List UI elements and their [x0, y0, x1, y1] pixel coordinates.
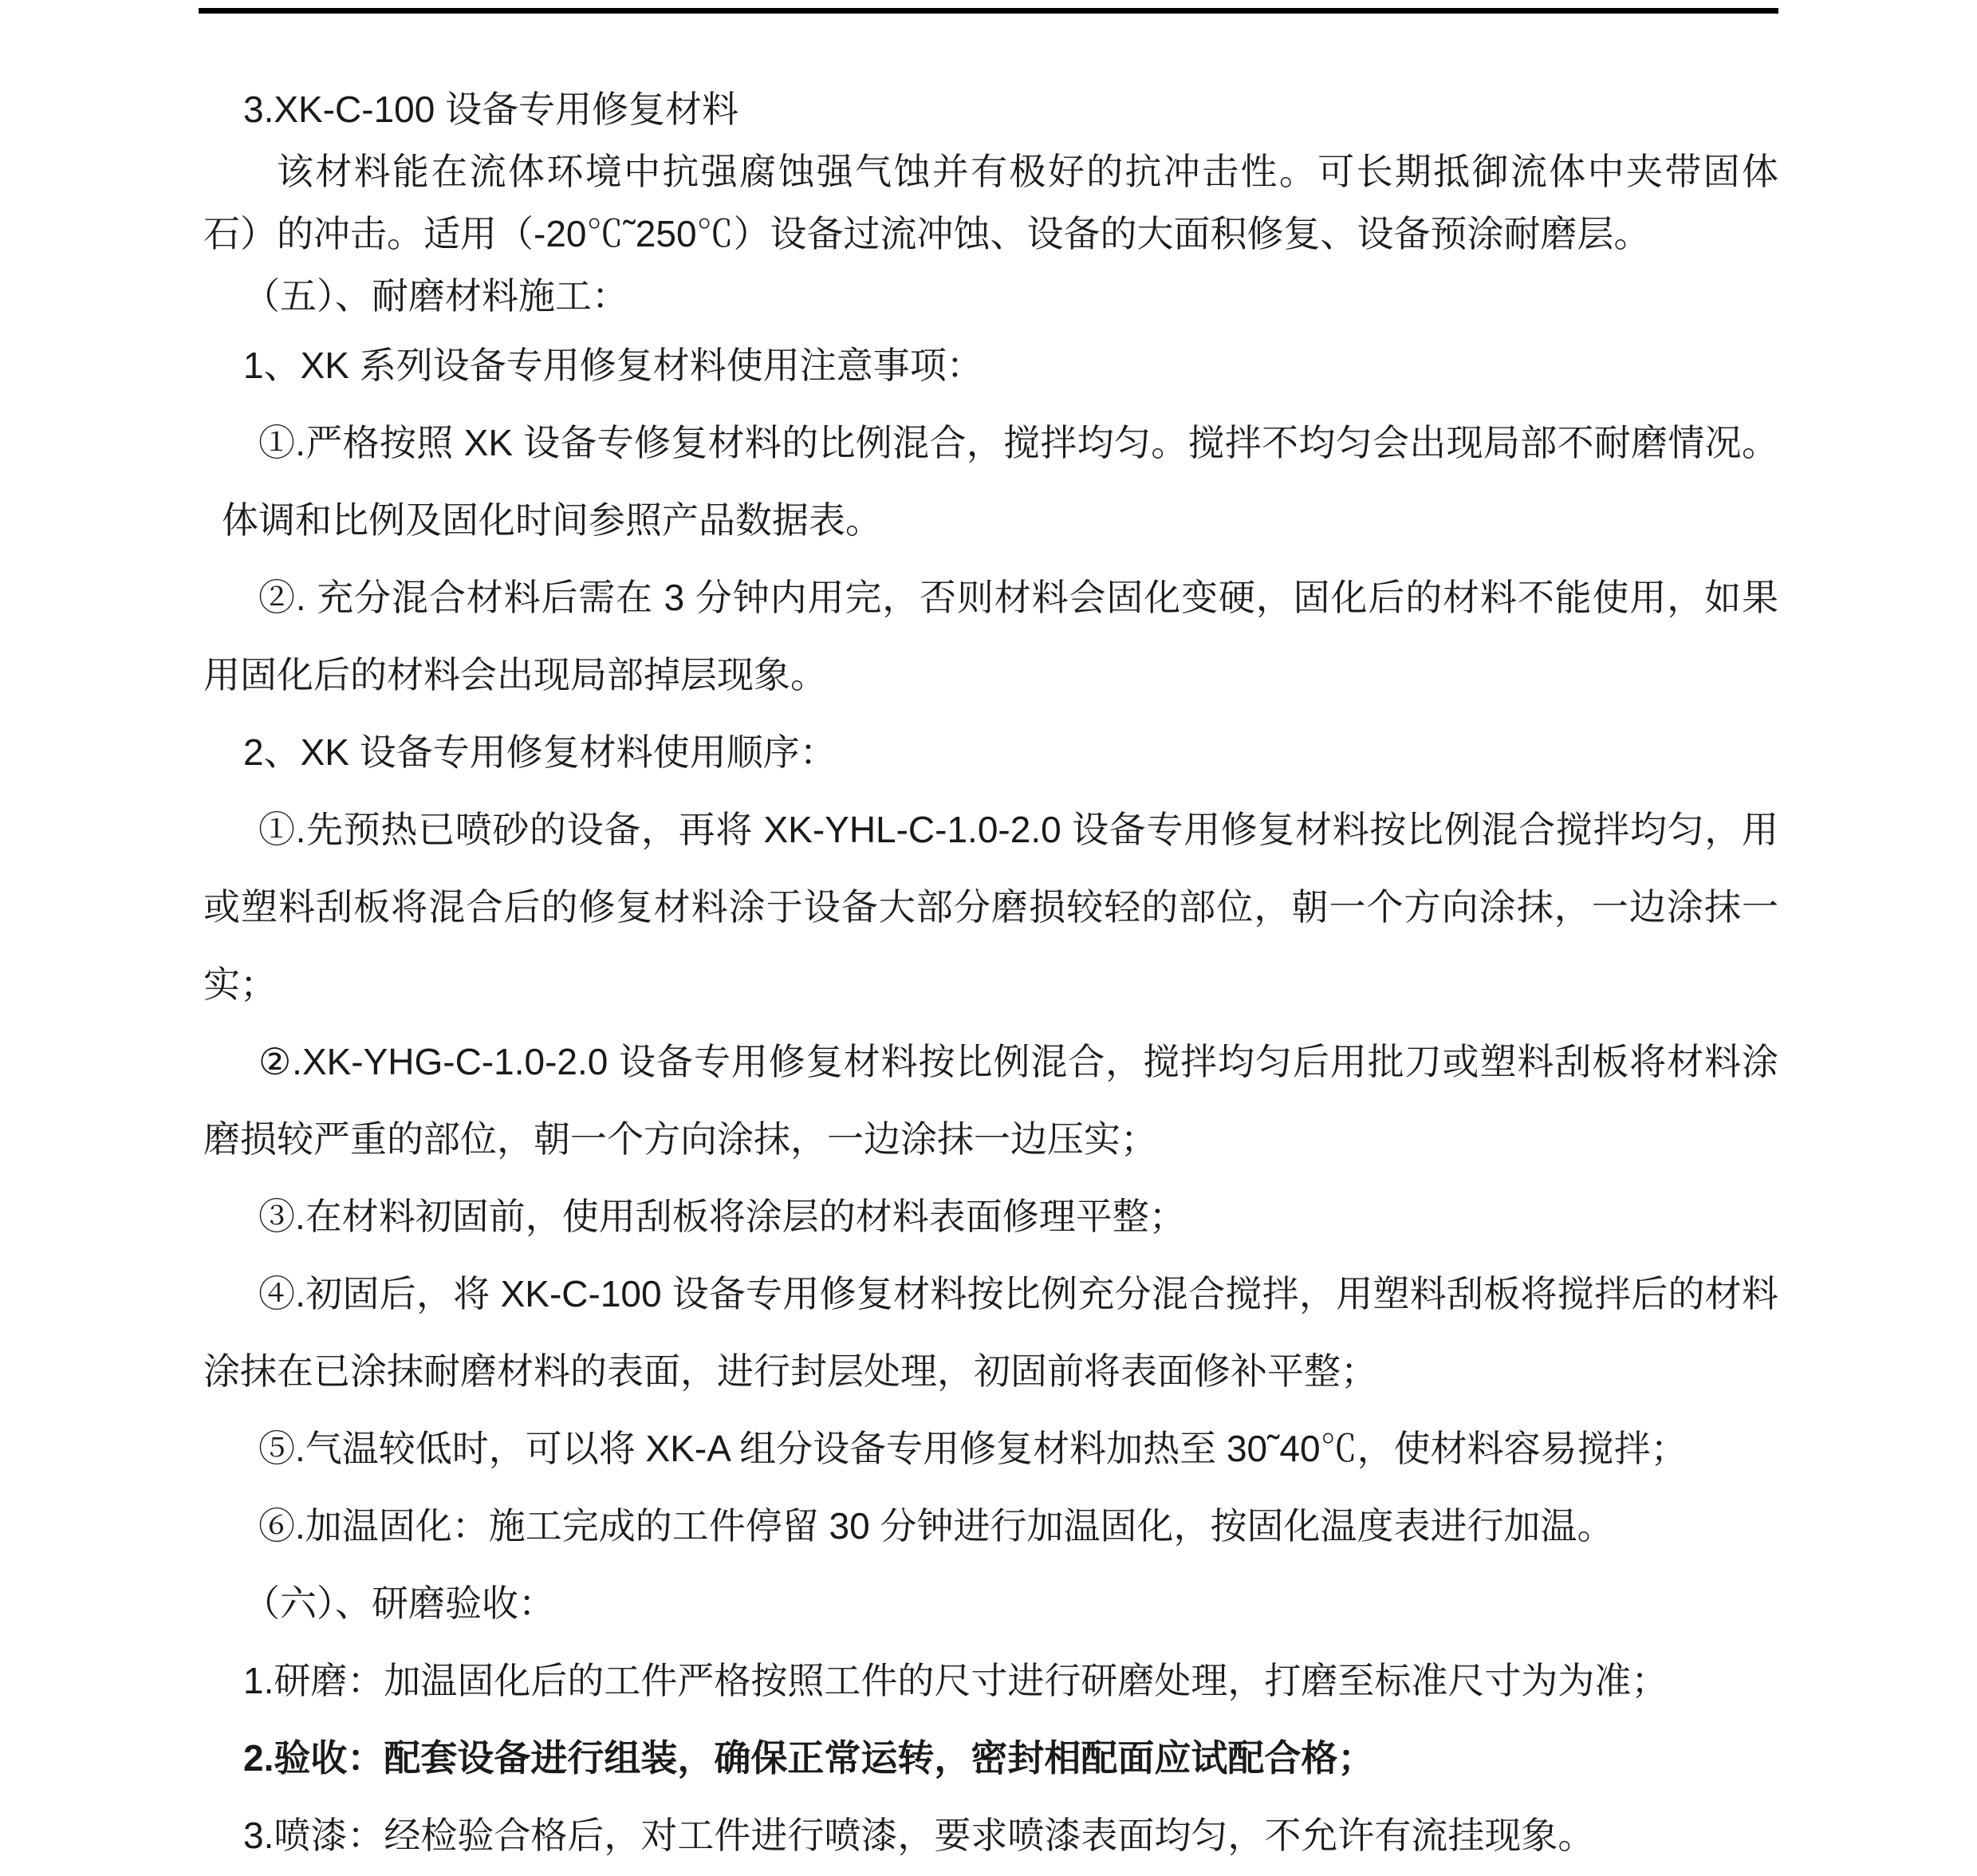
text-line-22: 1.研磨：加温固化后的工件严格按照工件的尺寸进行研磨处理，打磨至标准尺寸为为准；: [203, 1642, 1778, 1720]
text-line-15: 磨损较严重的部位，朝一个方向涂抹，一边涂抹一边压实；: [203, 1101, 1778, 1178]
text-line-18: 涂抹在已涂抹耐磨材料的表面，进行封层处理，初固前将表面修补平整；: [203, 1333, 1778, 1410]
top-rule-divider: [199, 8, 1778, 14]
document-page: 3.XK-C-100 设备专用修复材料该材料能在流体环境中抗强腐蚀强气蚀并有极好…: [0, 0, 1977, 1876]
text-line-20: ⑥.加温固化：施工完成的工件停留 30 分钟进行加温固化，按固化温度表进行加温。: [203, 1488, 1778, 1565]
text-line-14: ②.XK-YHG-C-1.0-2.0 设备专用修复材料按比例混合，搅拌均匀后用批…: [203, 1023, 1778, 1101]
text-line-24: 3.喷漆：经检验合格后，对工件进行喷漆，要求喷漆表面均匀，不允许有流挂现象。: [203, 1797, 1778, 1874]
text-line-19: ⑤.气温较低时，可以将 XK-A 组分设备专用修复材料加热至 30˜40℃，使材…: [203, 1410, 1778, 1488]
text-line-10: 2、XK 设备专用修复材料使用顺序：: [203, 714, 1778, 791]
text-line-6: ①.严格按照 XK 设备专修复材料的比例混合，搅拌均匀。搅拌不均匀会出现局部不耐…: [203, 404, 1778, 482]
text-line-23: 2.验收：配套设备进行组装，确保正常运转，密封相配面应试配合格；: [203, 1720, 1778, 1797]
text-line-13: 实；: [203, 946, 1778, 1023]
text-line-1: 3.XK-C-100 设备专用修复材料: [203, 78, 1778, 140]
text-line-11: ①.先预热已喷砂的设备，再将 XK-YHL-C-1.0-2.0 设备专用修复材料…: [203, 791, 1778, 869]
text-line-9: 用固化后的材料会出现局部掉层现象。: [203, 636, 1778, 714]
text-line-5: 1、XK 系列设备专用修复材料使用注意事项：: [203, 327, 1778, 404]
text-line-4: （五）、耐磨材料施工：: [203, 265, 1778, 327]
text-line-2: 该材料能在流体环境中抗强腐蚀强气蚀并有极好的抗冲击性。可长期抵御流体中夹带固体（…: [203, 140, 1778, 203]
text-line-17: ④.初固后，将 XK-C-100 设备专用修复材料按比例充分混合搅拌，用塑料刮板…: [203, 1255, 1778, 1333]
text-line-8: ②. 充分混合材料后需在 3 分钟内用完，否则材料会固化变硬，固化后的材料不能使…: [203, 559, 1778, 636]
text-line-12: 或塑料刮板将混合后的修复材料涂于设备大部分磨损较轻的部位，朝一个方向涂抹，一边涂…: [203, 869, 1778, 946]
document-body: 3.XK-C-100 设备专用修复材料该材料能在流体环境中抗强腐蚀强气蚀并有极好…: [203, 78, 1778, 1874]
text-line-16: ③.在材料初固前，使用刮板将涂层的材料表面修理平整；: [203, 1178, 1778, 1255]
text-line-7: 体调和比例及固化时间参照产品数据表。: [203, 482, 1778, 559]
text-line-3: 石）的冲击。适用（-20℃˜250℃）设备过流冲蚀、设备的大面积修复、设备预涂耐…: [203, 203, 1778, 265]
text-line-21: （六）、研磨验收：: [203, 1565, 1778, 1642]
